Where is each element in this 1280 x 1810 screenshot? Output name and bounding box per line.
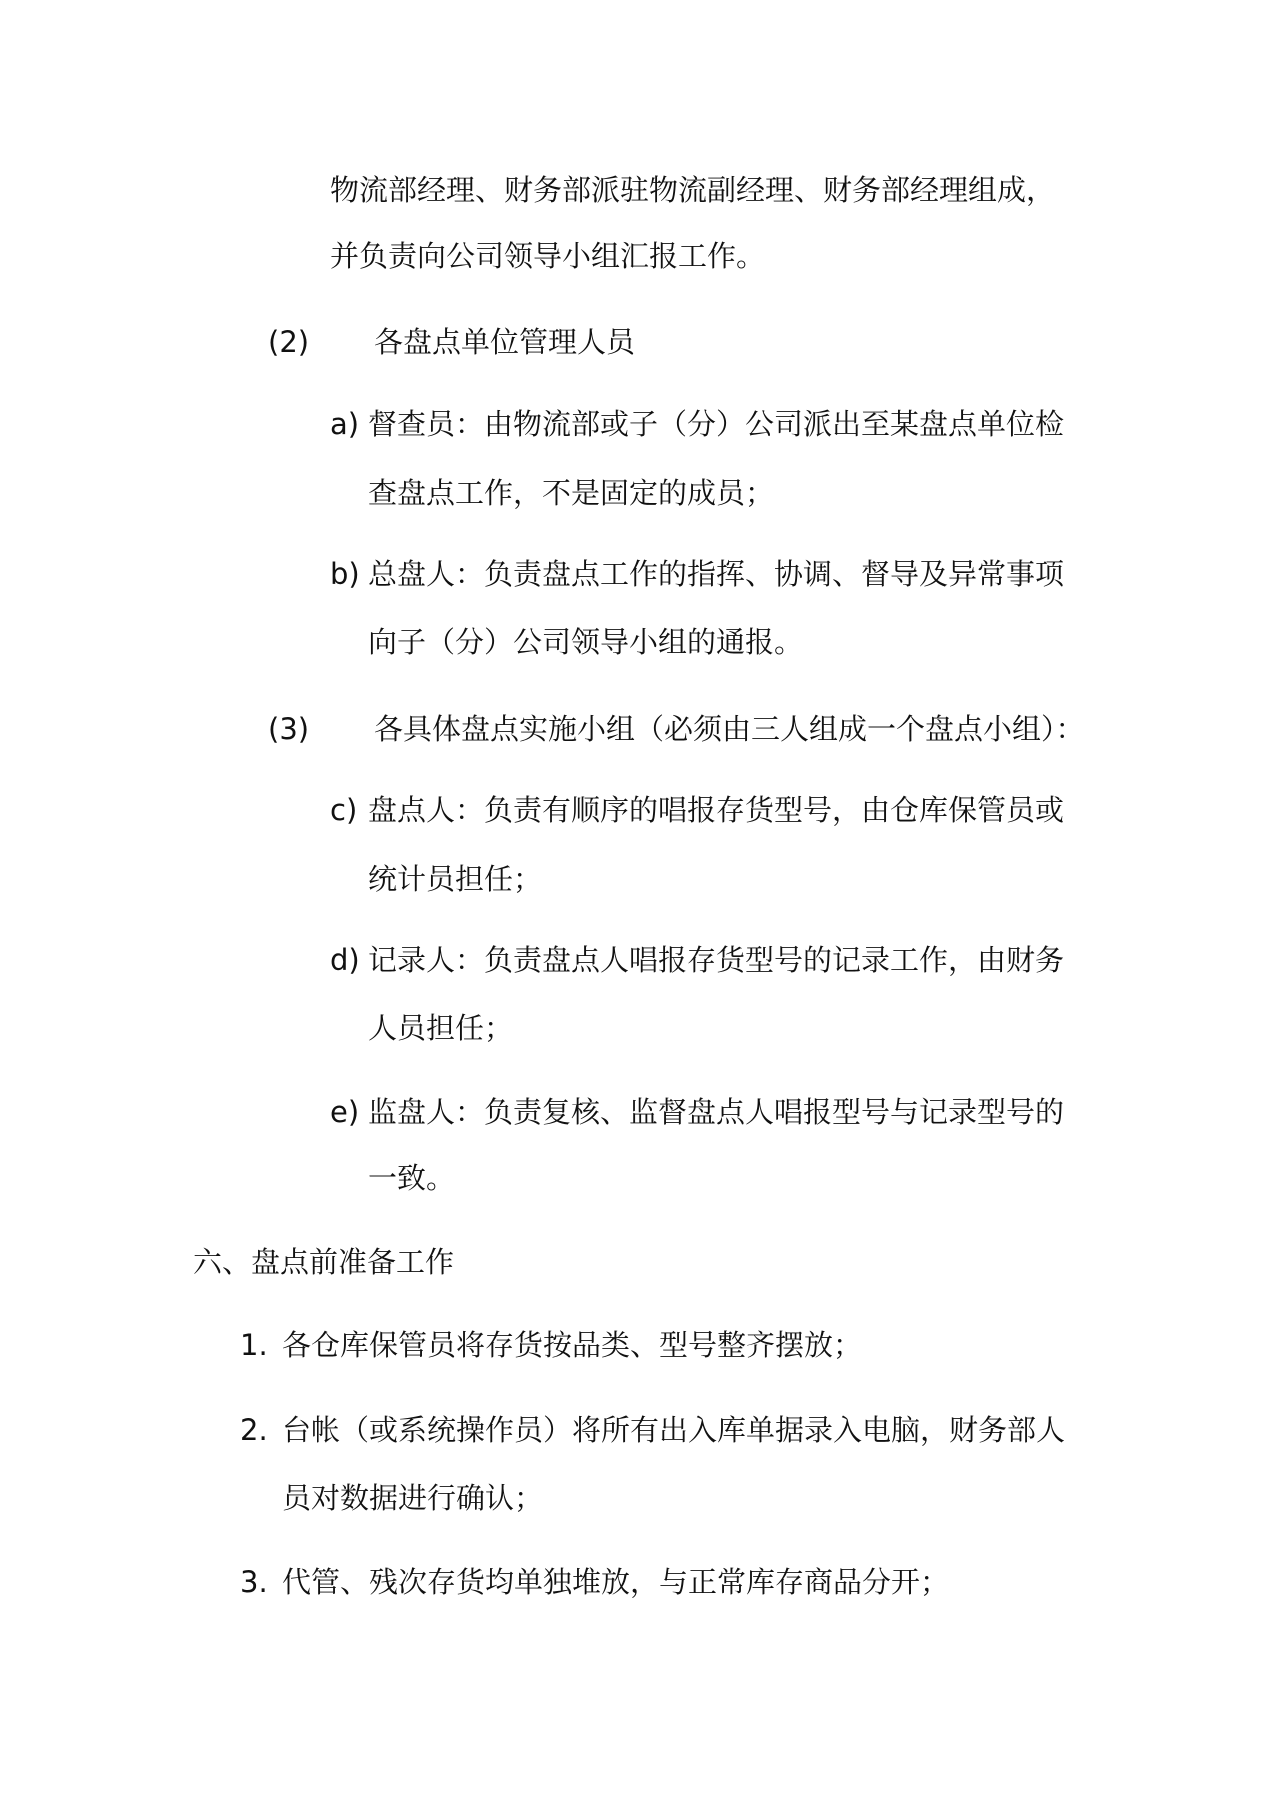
subsection-2-title: 各盘点单位管理人员 xyxy=(374,322,635,362)
item-a-line-2: 查盘点工作，不是固定的成员； xyxy=(368,473,774,513)
subsection-2-marker: (2) xyxy=(268,322,309,362)
item-b-line-2: 向子（分）公司领导小组的通报。 xyxy=(368,622,803,662)
item-d-line-1: 记录人：负责盘点人唱报存货型号的记录工作，由财务 xyxy=(368,940,1064,980)
item-e-line-1: 监盘人：负责复核、监督盘点人唱报型号与记录型号的 xyxy=(368,1092,1064,1132)
item-d-marker: d) xyxy=(330,940,360,980)
prep-item-1-line-1: 各仓库保管员将存货按品类、型号整齐摆放； xyxy=(282,1325,862,1365)
prep-item-2-marker: 2. xyxy=(240,1410,268,1450)
prep-item-2-line-1: 台帐（或系统操作员）将所有出入库单据录入电脑，财务部人 xyxy=(282,1410,1065,1450)
item-c-marker: c) xyxy=(330,790,357,830)
item-a-marker: a) xyxy=(330,404,359,444)
item-e-line-2: 一致。 xyxy=(368,1158,455,1198)
item-b-marker: b) xyxy=(330,554,360,594)
prep-item-3-marker: 3. xyxy=(240,1562,268,1602)
item-a-line-1: 督查员：由物流部或子（分）公司派出至某盘点单位检 xyxy=(368,404,1064,444)
prep-item-2-line-2: 员对数据进行确认； xyxy=(282,1478,543,1518)
subsection-3-title: 各具体盘点实施小组（必须由三人组成一个盘点小组）： xyxy=(374,709,1085,749)
subsection-3-marker: (3) xyxy=(268,709,309,749)
prep-item-1-marker: 1. xyxy=(240,1325,268,1365)
prep-item-3-line-1: 代管、残次存货均单独堆放，与正常库存商品分开； xyxy=(282,1562,949,1602)
section-6-heading: 六、盘点前准备工作 xyxy=(193,1242,454,1282)
item-c-line-2: 统计员担任； xyxy=(368,859,542,899)
continuation-line-1: 物流部经理、财务部派驻物流副经理、财务部经理组成， xyxy=(330,170,1055,210)
item-b-line-1: 总盘人：负责盘点工作的指挥、协调、督导及异常事项 xyxy=(368,554,1064,594)
continuation-line-2: 并负责向公司领导小组汇报工作。 xyxy=(330,236,765,276)
item-c-line-1: 盘点人：负责有顺序的唱报存货型号，由仓库保管员或 xyxy=(368,790,1064,830)
item-e-marker: e) xyxy=(330,1092,359,1132)
item-d-line-2: 人员担任； xyxy=(368,1008,513,1048)
